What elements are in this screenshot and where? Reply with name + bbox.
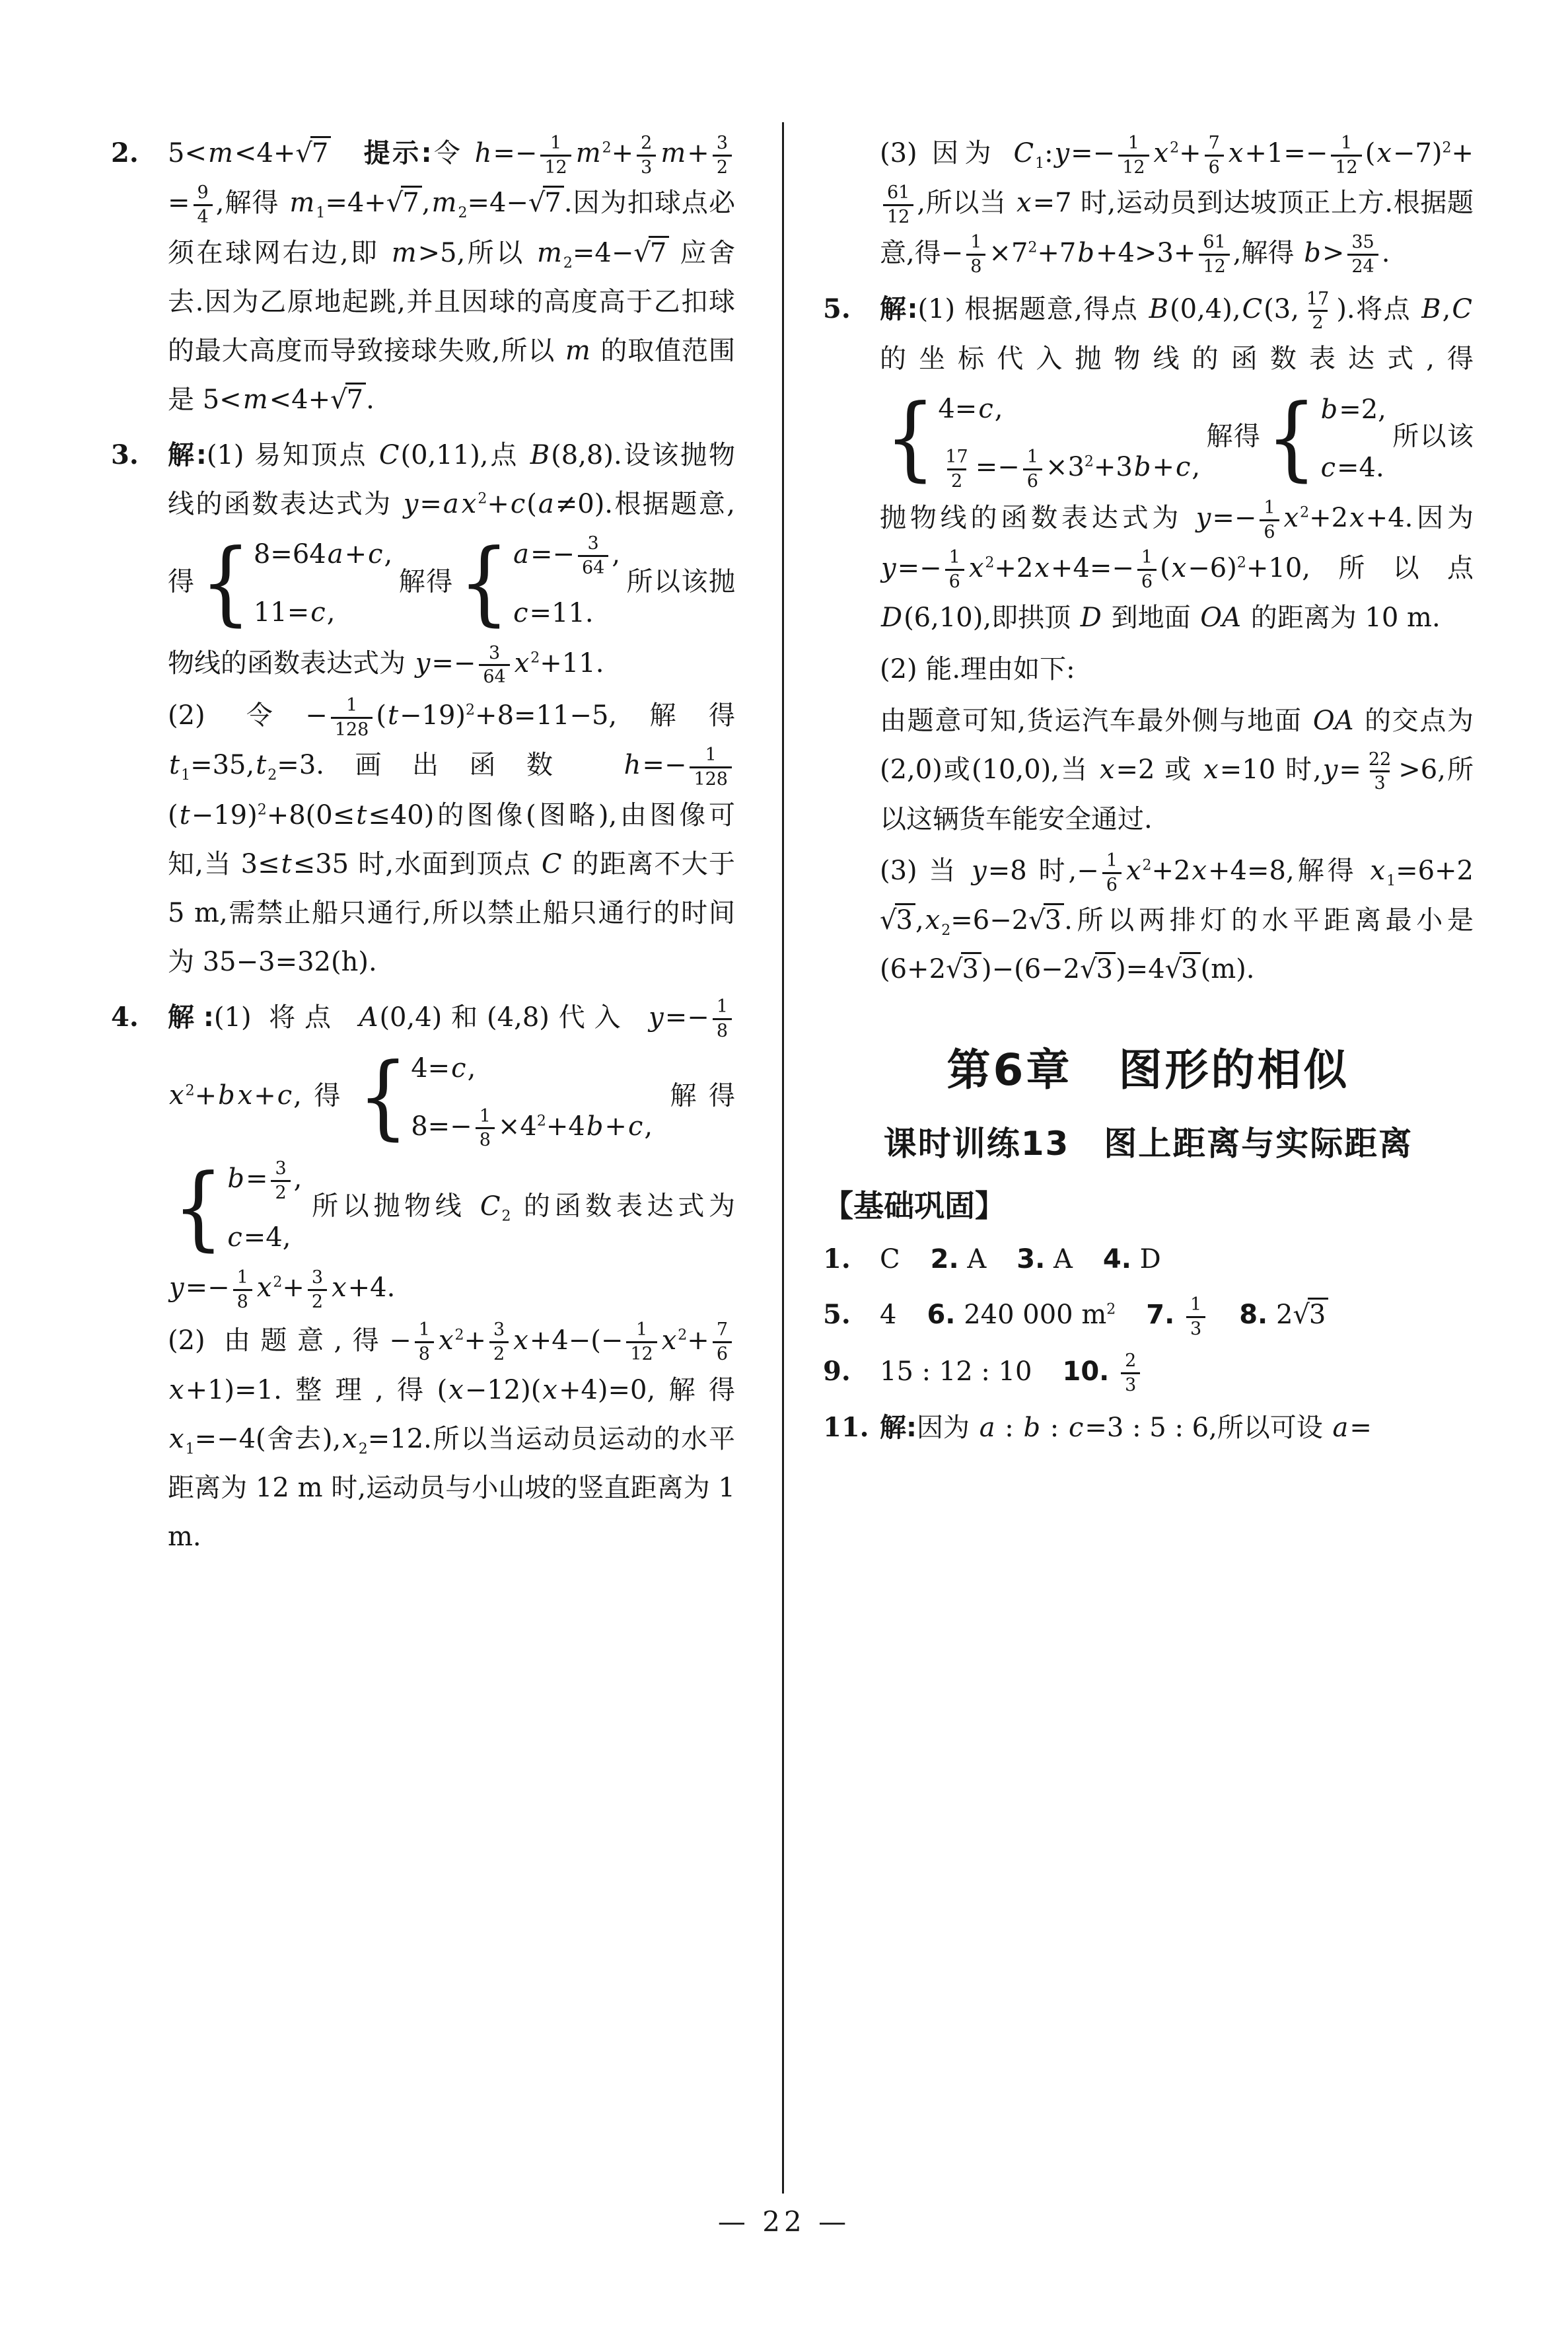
math-variable: x [168, 1375, 186, 1405]
fraction-numerator: 7 [1205, 132, 1224, 155]
math-text: 2 [1267, 1300, 1293, 1330]
math-text: 4 [880, 1300, 896, 1330]
square-root: √3 [946, 945, 981, 994]
fraction-numerator: 3 [713, 132, 732, 155]
math-text: 240 000 m [955, 1300, 1106, 1330]
subscript: 2 [267, 767, 277, 784]
subscript: 1 [186, 1441, 195, 1458]
fraction: 16 [1260, 497, 1279, 544]
solution-item-3: 3.解:(1) 易知顶点 C(0,11),点 B(8,8).设该抛物线的函数表达… [111, 431, 735, 989]
math-text: =4− [573, 238, 633, 268]
math-variable: D [880, 603, 904, 633]
math-text: + [1152, 452, 1174, 482]
math-variable: m [564, 336, 592, 366]
fraction-numerator: 1 [1337, 132, 1356, 155]
fraction-numerator: 7 [713, 1319, 732, 1341]
math-text: =− [431, 648, 476, 679]
solution-paragraph: (2) 能.理由如下: [880, 645, 1474, 694]
superscript: 2 [478, 490, 487, 507]
math-variable: y [880, 553, 898, 583]
answer-page: 2.5<m<4+√7提示:令 h=−112m2+23m+32=94,解得 m1=… [0, 0, 1568, 2325]
fraction-numerator: 1 [713, 996, 732, 1018]
superscript: 2 [466, 702, 475, 719]
math-text: +1=− [1244, 138, 1328, 168]
solution-paragraph: 15 : 12 : 1010. 23 [880, 1347, 1474, 1397]
math-text: (m). [1201, 954, 1255, 984]
solution-paragraph: C2. A3. A4. D [880, 1235, 1474, 1284]
math-text: 4= [411, 1053, 450, 1084]
math-text: 的距离为 10 m. [1242, 603, 1441, 633]
fraction-denominator: 12 [626, 1341, 657, 1366]
math-text: −6) [1188, 553, 1237, 583]
system-brace: { [201, 544, 251, 622]
fraction-denominator: 8 [476, 1127, 495, 1152]
math-text: ×7 [989, 238, 1028, 268]
equation-system: {b=32,c=4, [173, 1154, 302, 1262]
system-row: a=−364, [512, 530, 620, 579]
math-text: (0,4)和(4,8)代入 [379, 1002, 647, 1033]
radical-sign: √ [1080, 954, 1097, 984]
radicand: 3 [1308, 1298, 1328, 1330]
square-root: √3 [880, 896, 915, 945]
math-variable: x [1098, 755, 1116, 785]
math-text: +2 [1309, 503, 1348, 533]
fraction: 6112 [883, 182, 913, 229]
math-variable: x [460, 489, 478, 519]
math-text: , [468, 1053, 476, 1084]
math-variable: x [341, 1424, 359, 1454]
math-variable: a [1332, 1413, 1350, 1443]
fraction-denominator: 6 [945, 569, 964, 593]
math-text: +7 [1037, 238, 1076, 268]
superscript: 2 [985, 554, 994, 571]
math-text: −7) [1393, 138, 1443, 168]
math-text: +4=− [1051, 553, 1134, 583]
fraction-denominator: 8 [966, 254, 985, 278]
fraction-denominator: 128 [690, 766, 732, 791]
math-text: +11. [540, 648, 604, 679]
math-variable: x [1125, 856, 1143, 886]
math-text: >5,所以 [418, 238, 536, 268]
math-text: 解得 [398, 566, 453, 597]
right-column: (3) 因为 C1:y=−112x2+76x+1=−112(x−7)2+6112… [823, 129, 1474, 1459]
solution-paragraph: (2) 令−1128(t−19)2+8=11−5,解得 t1=35,t2=3.画… [168, 691, 735, 986]
math-text: +4.因为 [1366, 503, 1474, 533]
math-text: )−(6−2 [981, 954, 1080, 984]
math-text: +4 [546, 1111, 585, 1142]
fraction-denominator: 2 [308, 1289, 327, 1313]
fraction-denominator: 12 [540, 155, 571, 179]
math-variable: x [437, 1325, 455, 1356]
subscript: 2 [941, 922, 950, 939]
math-text: 所以抛物线 [307, 1191, 479, 1222]
math-text: A [1045, 1244, 1073, 1274]
math-text: ≤35 时,水面到顶点 [293, 849, 540, 879]
square-root: √7 [330, 375, 366, 424]
system-row: b=2, [1320, 385, 1386, 434]
solution-paragraph: 解:(1) 根据题意,得点 B(0,4),C(3,172).将点 B,C 的坐标… [880, 285, 1474, 642]
fraction-numerator: 1 [1137, 546, 1157, 569]
math-variable: y [1322, 755, 1339, 785]
math-variable: x [1190, 856, 1208, 886]
math-variable: c [509, 489, 526, 519]
item-body: 解:因为 a : b : c=3 : 5 : 6,所以可设 a= [880, 1403, 1474, 1455]
math-variable: c [367, 539, 384, 570]
math-text: , [294, 1163, 303, 1194]
math-variable: y [402, 489, 420, 519]
fraction: 76 [1205, 132, 1224, 179]
radicand: 7 [649, 236, 669, 268]
item-number: 9. [823, 1347, 880, 1396]
math-text: +4)=0,解得 [559, 1375, 735, 1405]
math-text: =6+2 [1396, 856, 1474, 886]
math-variable: x [168, 1080, 186, 1111]
math-variable: C [378, 440, 401, 470]
math-variable: B [1420, 294, 1442, 324]
fraction: 32 [713, 132, 732, 179]
fraction-denominator: 2 [489, 1341, 509, 1366]
equation-system: {8=64a+c,11=c, [201, 530, 393, 637]
fraction-numerator: 1 [342, 694, 361, 717]
system-row: 172=−16×32+3b+c, [938, 443, 1200, 492]
fraction: 16 [1023, 446, 1042, 493]
item-body: (3) 因为 C1:y=−112x2+76x+1=−112(x−7)2+6112… [880, 129, 1474, 281]
math-variable: x [1375, 138, 1393, 168]
math-variable: m [536, 238, 563, 268]
math-text: 的函数表达式为 [511, 1191, 736, 1222]
math-variable: x [1015, 188, 1033, 218]
math-text: =− [898, 553, 942, 583]
math-text: =11. [529, 598, 593, 628]
section-basic-consolidation: 【基础巩固】 [823, 1182, 1474, 1226]
math-text: , [644, 1111, 653, 1142]
system-row: c=4. [1320, 443, 1386, 492]
system-brace: { [885, 400, 935, 477]
math-text: + [345, 539, 367, 570]
math-text: ,解得 [1233, 238, 1302, 268]
fraction: 76 [713, 1319, 732, 1366]
radicand: 7 [401, 186, 421, 218]
fraction-numerator: 1 [1023, 446, 1042, 468]
math-text: (3) 因为 [880, 138, 1012, 168]
radicand: 3 [1180, 952, 1200, 984]
page-number: — 22 — [0, 2205, 1568, 2238]
solution-paragraph: (3) 当 y=8 时,−16x2+2x+4=8,解得 x1=6+2√3,x2=… [880, 846, 1474, 994]
bold-text: 10. [1063, 1356, 1110, 1387]
math-text: + [282, 1273, 304, 1303]
fraction-numerator: 61 [1199, 231, 1229, 254]
math-text: + [487, 489, 509, 519]
fraction: 364 [479, 642, 509, 689]
math-variable: t [168, 750, 181, 780]
fraction-numerator: 35 [1347, 231, 1378, 254]
fraction: 32 [271, 1158, 290, 1204]
math-text: +4. [348, 1273, 396, 1303]
math-variable: C [1450, 294, 1474, 324]
math-variable: c [512, 598, 529, 628]
math-variable: b [1076, 238, 1096, 268]
math-text: > [1322, 238, 1345, 268]
math-text: =8 时,− [988, 856, 1099, 886]
fraction-denominator: 8 [415, 1341, 434, 1366]
fraction-denominator: 6 [1137, 569, 1157, 593]
subscript: 1 [181, 767, 190, 784]
math-text: + [195, 1080, 217, 1111]
fraction-numerator: 1 [1260, 497, 1279, 519]
fraction-denominator: 3 [1186, 1316, 1205, 1341]
subscript: 2 [359, 1441, 368, 1458]
math-variable: c [627, 1111, 644, 1142]
math-variable: b [1133, 452, 1153, 482]
math-variable: b [226, 1163, 246, 1194]
solution-item-2: 2.5<m<4+√7提示:令 h=−112m2+23m+32=94,解得 m1=… [111, 129, 735, 427]
fraction: 23 [637, 132, 656, 179]
math-variable: a [978, 1413, 997, 1443]
solution-item-5: 5.解:(1) 根据题意,得点 B(0,4),C(3,172).将点 B,C 的… [823, 285, 1474, 997]
math-variable: C [540, 849, 563, 879]
math-variable: C [1241, 294, 1264, 324]
superscript: 2 [537, 1113, 546, 1129]
fraction: 112 [1331, 132, 1361, 179]
fraction-numerator: 3 [489, 1319, 509, 1341]
math-text: + [687, 138, 709, 168]
fraction-numerator: 9 [194, 182, 213, 204]
math-variable: x [541, 1375, 559, 1405]
fraction-numerator: 1 [233, 1267, 252, 1289]
math-text: , [1192, 452, 1200, 482]
math-text: ( [1365, 138, 1376, 168]
fraction: 16 [1102, 850, 1122, 897]
math-text: 5< [168, 138, 207, 168]
system-row: 4=c, [938, 385, 1200, 433]
equation-system: {b=2,c=4. [1266, 385, 1386, 492]
system-row: 11=c, [254, 588, 392, 637]
radical-sign: √ [946, 954, 963, 984]
square-root: √7 [528, 178, 564, 227]
math-text: (3) 当 [880, 856, 970, 886]
math-variable: m [390, 238, 418, 268]
math-variable: m [659, 138, 687, 168]
math-text: (2) 能.理由如下: [880, 654, 1075, 684]
math-text: ×3 [1046, 452, 1085, 482]
fraction: 172 [1302, 288, 1333, 335]
system-rows: 8=64a+c,11=c, [254, 530, 392, 637]
math-variable: B [1148, 294, 1170, 324]
superscript: 2 [1085, 454, 1094, 470]
math-text: : [1042, 1413, 1067, 1443]
math-text: A [959, 1244, 987, 1274]
math-variable: B [529, 440, 551, 470]
math-variable: x [660, 1325, 678, 1356]
math-text: : [997, 1413, 1022, 1443]
item-number: 3. [111, 431, 168, 480]
fraction-denominator: 8 [713, 1018, 732, 1043]
fraction-denominator: 128 [331, 717, 373, 741]
fraction-numerator: 3 [271, 1158, 290, 1180]
subscript: 2 [458, 205, 467, 221]
math-variable: t [254, 750, 267, 780]
math-text: 4= [938, 394, 977, 424]
math-variable: x [1348, 503, 1366, 533]
item-number: 11. [823, 1403, 880, 1452]
math-text: : [1044, 138, 1053, 168]
math-text: +3 [1094, 452, 1133, 482]
math-text: ).将点 [1336, 294, 1420, 324]
math-variable: y [168, 1273, 186, 1303]
math-variable: a [537, 489, 555, 519]
math-text: +2 [1152, 856, 1191, 886]
math-text: . [366, 385, 374, 415]
fraction: 223 [1365, 749, 1395, 795]
math-variable: x [447, 1375, 465, 1405]
math-text: D [1131, 1244, 1161, 1274]
math-text: +4=8,解得 [1208, 856, 1369, 886]
superscript: 2 [1028, 239, 1037, 256]
square-root: √7 [295, 129, 331, 178]
fraction-denominator: 3 [1370, 770, 1389, 795]
math-text: =2, [1339, 394, 1386, 425]
item-body: 15 : 12 : 1010. 23 [880, 1347, 1474, 1399]
fraction-denominator: 64 [578, 555, 608, 579]
math-text: 11= [254, 597, 309, 628]
radicand: 3 [1044, 903, 1064, 936]
math-text: + [612, 138, 634, 168]
math-variable: x [512, 1325, 530, 1356]
fraction-numerator: 2 [1121, 1350, 1140, 1372]
math-variable: c [276, 1080, 293, 1111]
equation-system: {4=c,8=−18×42+4b+c, [358, 1044, 653, 1152]
math-text: 解得 [658, 1080, 735, 1111]
math-variable: y [647, 1002, 665, 1033]
item-number: 2. [111, 129, 168, 178]
math-text: +4−(− [530, 1325, 624, 1356]
math-text: 的坐标代入抛物线的函数表达式,得 [880, 344, 1474, 374]
math-variable: x [1170, 553, 1188, 583]
subscript: 1 [316, 205, 325, 221]
fraction: 18 [966, 231, 985, 278]
square-root: √3 [1165, 945, 1201, 994]
item-body: 解:(1) 将点 A(0,4)和(4,8)代入 y=−18x2+bx+c,得{4… [168, 993, 735, 1564]
fraction: 94 [194, 182, 213, 229]
math-text: +4>3+ [1096, 238, 1195, 268]
math-text: +8=11−5,解得 [475, 700, 735, 731]
fraction-numerator: 22 [1365, 749, 1395, 771]
radical-sign: √ [330, 385, 347, 415]
fraction-numerator: 17 [1302, 288, 1333, 311]
math-text: =−4(舍去), [195, 1424, 341, 1454]
fraction-numerator: 1 [1186, 1294, 1205, 1316]
math-text: =− [530, 539, 575, 570]
math-text: =10 时, [1220, 755, 1322, 785]
fraction: 3524 [1347, 231, 1378, 278]
math-variable: x [924, 905, 942, 936]
fraction-denominator: 2 [271, 1180, 290, 1204]
math-text: (1) 根据题意,得点 [917, 294, 1147, 324]
math-text: =3 : 5 : 6,所以可设 [1085, 1413, 1331, 1443]
math-variable: c [226, 1222, 243, 1253]
math-variable: m [575, 138, 602, 168]
superscript: 2 [258, 801, 267, 818]
subscript: 2 [502, 1208, 511, 1225]
math-variable: OA [1199, 603, 1242, 633]
square-root: √7 [633, 229, 669, 277]
radical-sign: √ [880, 905, 897, 936]
math-variable: b [217, 1080, 236, 1111]
fraction-numerator: 1 [701, 744, 721, 766]
math-text: <4+ [234, 138, 295, 168]
fraction-numerator: 17 [941, 446, 972, 468]
fraction-denominator: 3 [637, 155, 656, 179]
superscript: 2 [455, 1327, 464, 1343]
superscript: 2 [186, 1082, 195, 1099]
system-brace: { [1266, 400, 1316, 477]
item-body: 解:(1) 根据题意,得点 B(0,4),C(3,172).将点 B,C 的坐标… [880, 285, 1474, 997]
fraction-denominator: 2 [713, 155, 732, 179]
math-variable: c [977, 394, 994, 424]
math-text: =− [493, 138, 537, 168]
fraction-numerator: 61 [883, 182, 913, 204]
math-variable: C [479, 1191, 502, 1222]
lesson-heading: 课时训练13 图上距离与实际距离 [823, 1117, 1474, 1165]
math-variable: x [1227, 138, 1245, 168]
math-text: +8(0≤ [267, 800, 355, 830]
fraction-numerator: 1 [632, 1319, 651, 1341]
system-rows: 4=c,8=−18×42+4b+c, [411, 1044, 653, 1152]
system-row: 8=−18×42+4b+c, [411, 1102, 653, 1152]
fraction-numerator: 1 [546, 132, 565, 155]
fraction-denominator: 12 [1331, 155, 1361, 179]
math-variable: y [970, 856, 988, 886]
math-text [1109, 1356, 1118, 1387]
fraction-numerator: 3 [308, 1267, 327, 1289]
subscript: 1 [1386, 873, 1396, 889]
fraction: 6112 [1199, 231, 1229, 278]
math-text: = [1349, 1413, 1372, 1443]
math-text: (0,11),点 [401, 440, 529, 470]
item-body: 5<m<4+√7提示:令 h=−112m2+23m+32=94,解得 m1=4+… [168, 129, 735, 427]
math-text: + [687, 1325, 709, 1356]
system-brace: { [459, 544, 509, 622]
item-body: C2. A3. A4. D [880, 1235, 1474, 1286]
math-variable: c [1320, 453, 1337, 483]
system-row: c=11. [512, 589, 620, 638]
math-variable: t [355, 800, 368, 830]
superscript: 2 [678, 1327, 687, 1343]
math-variable: y [1195, 503, 1213, 533]
fraction-denominator: 12 [1118, 155, 1149, 179]
math-variable: t [280, 849, 293, 879]
math-variable: t [178, 800, 192, 830]
fraction: 1128 [331, 694, 373, 741]
math-text: 8=64 [254, 539, 326, 570]
radicand: 7 [345, 383, 366, 415]
math-text: = [246, 1163, 268, 1194]
answers-row-5-8: 5.46. 240 000 m27. 138. 2√3 [823, 1290, 1474, 1343]
fraction: 18 [476, 1105, 495, 1152]
superscript: 2 [1170, 140, 1179, 157]
math-text: ,所以当 [917, 188, 1015, 218]
math-text: + [1451, 138, 1474, 168]
bold-text: 8. [1239, 1300, 1267, 1330]
math-variable: c [1067, 1413, 1085, 1443]
superscript: 2 [1106, 1302, 1116, 1318]
math-variable: C [1012, 138, 1035, 168]
math-text: + [464, 1325, 487, 1356]
math-variable: h [474, 138, 493, 168]
superscript: 2 [1300, 505, 1309, 521]
answers-row-1-4: 1.C2. A3. A4. D [823, 1235, 1474, 1286]
math-text: −19) [400, 700, 466, 731]
